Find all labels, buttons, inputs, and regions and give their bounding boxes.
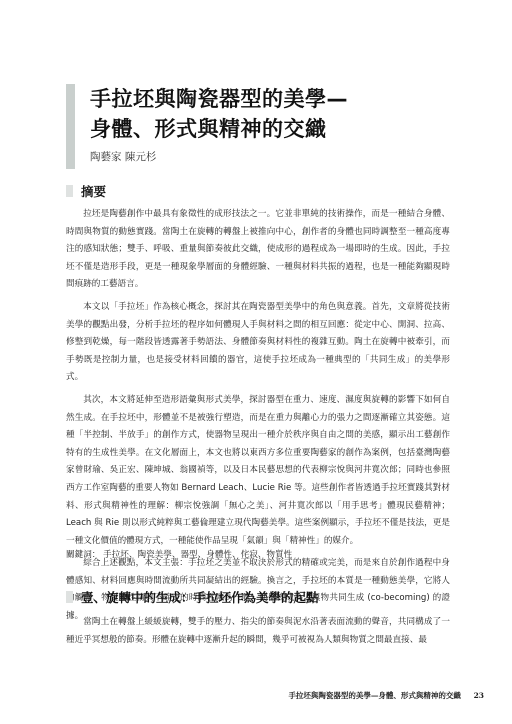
page-number: 23 xyxy=(474,691,484,700)
title-accent-bar xyxy=(66,84,75,169)
section-1-paragraph: 當陶土在轉盤上緩緩旋轉，雙手的壓力、指尖的節奏與泥水沿著表面流動的聲音，共同構成… xyxy=(66,614,450,649)
section-marker-icon xyxy=(66,185,73,197)
section-marker-icon xyxy=(66,591,73,603)
title-block: 手拉坯與陶瓷器型的美學— 身體、形式與精神的交織 陶藝家 陳元杉 xyxy=(66,84,446,169)
abstract-heading-text: 摘要 xyxy=(81,182,106,200)
abstract-paragraph: 本文以「手拉坯」作為核心概念，探討其在陶瓷器型美學中的角色與意義。首先，文章將從… xyxy=(66,299,450,387)
abstract-paragraph: 其次，本文將延伸至造形語彙與形式美學，探討器型在重力、速度、濕度與旋轉的影響下如… xyxy=(66,392,450,550)
abstract-paragraph: 拉坯是陶藝創作中最具有象徵性的成形技法之一。它並非單純的技術操作，而是一種結合身… xyxy=(66,206,450,294)
running-title: 手拉坯與陶瓷器型的美學—身體、形式與精神的交織 xyxy=(288,691,461,700)
page-title: 手拉坯與陶瓷器型的美學— 身體、形式與精神的交織 xyxy=(90,84,348,144)
section-1-heading: 壹、旋轉中的生成：手拉坯作為美學的起點 xyxy=(66,588,319,606)
page-footer: 手拉坯與陶瓷器型的美學—身體、形式與精神的交織 23 xyxy=(288,690,484,701)
abstract-body: 拉坯是陶藝創作中最具有象徵性的成形技法之一。它並非單純的技術操作，而是一種結合身… xyxy=(66,206,450,631)
abstract-heading: 摘要 xyxy=(66,182,106,200)
title-line-1: 手拉坯與陶瓷器型的美學— xyxy=(90,84,348,114)
keywords: 關鍵詞： 手拉坯、陶瓷美學、器型、身體性、侘寂、物質性 xyxy=(66,548,292,560)
section-1-heading-text: 壹、旋轉中的生成：手拉坯作為美學的起點 xyxy=(81,588,319,606)
author: 陶藝家 陳元杉 xyxy=(90,149,156,164)
title-line-2: 身體、形式與精神的交織 xyxy=(90,114,348,144)
section-1-body: 當陶土在轉盤上緩緩旋轉，雙手的壓力、指尖的節奏與泥水沿著表面流動的聲音，共同構成… xyxy=(66,614,450,654)
